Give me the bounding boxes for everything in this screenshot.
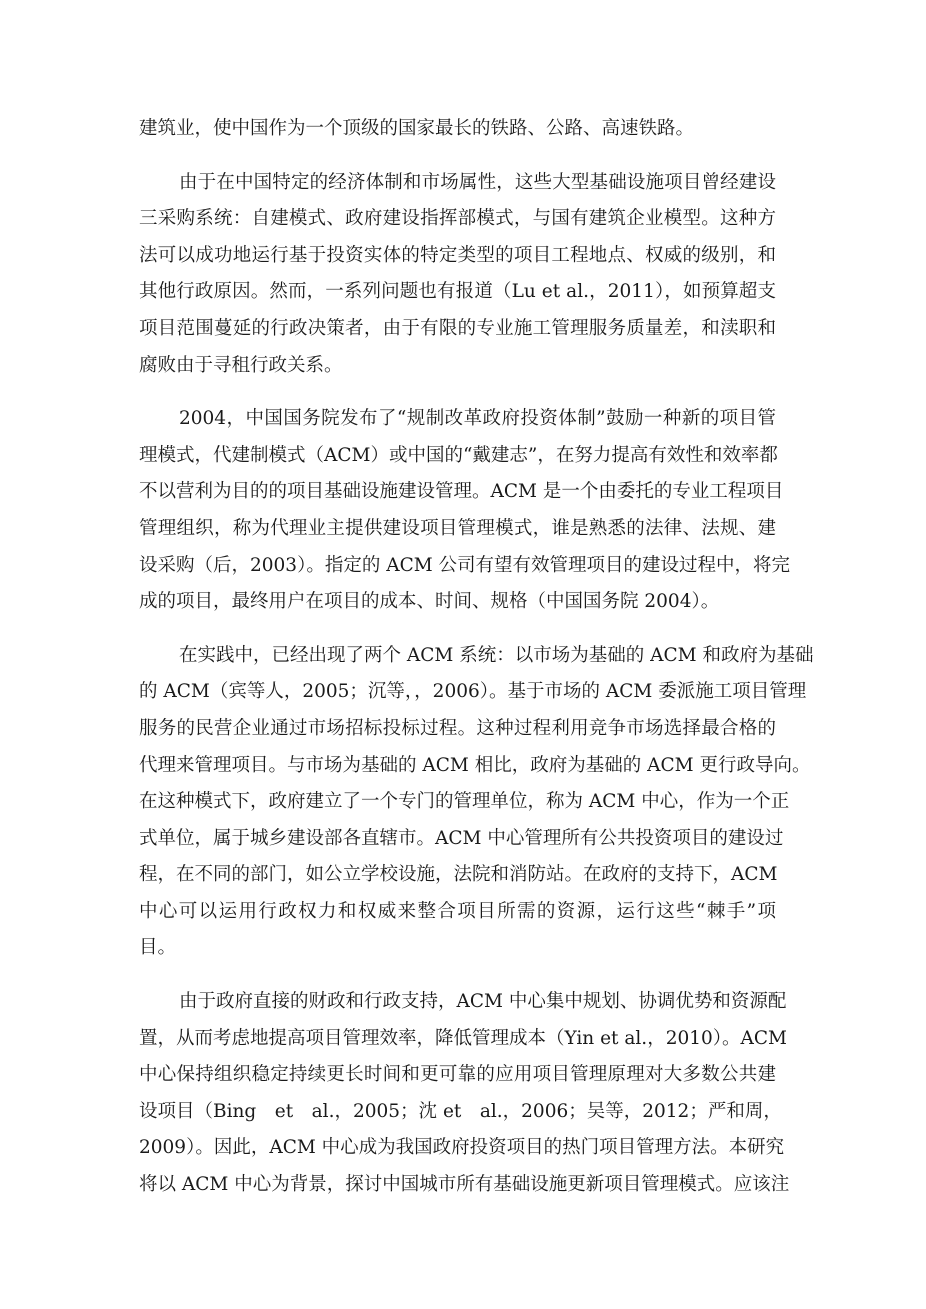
- text-line: 目。: [139, 930, 776, 967]
- text-line: 在实践中，已经出现了两个 ACM 系统：以市场为基础的 ACM 和政府为基础: [139, 638, 776, 675]
- text-line: 式单位，属于城乡建设部各直辖市。ACM 中心管理所有公共投资项目的建设过: [139, 821, 776, 858]
- text-line: 程，在不同的部门，如公立学校设施，法院和消防站。在政府的支持下，ACM: [139, 857, 776, 894]
- text-line: 三采购系统：自建模式、政府建设指挥部模式，与国有建筑企业模型。这种方: [139, 201, 776, 238]
- paragraph-4: 在实践中，已经出现了两个 ACM 系统：以市场为基础的 ACM 和政府为基础 的…: [139, 638, 776, 967]
- text-line: 置，从而考虑地提高项目管理效率，降低管理成本（Yin et al.，2010）。…: [139, 1021, 776, 1058]
- text-line: 其他行政原因。然而，一系列问题也有报道（Lu et al.，2011），如预算超…: [139, 274, 776, 311]
- paragraph-3: 2004，中国国务院发布了“规制改革政府投资体制”鼓励一种新的项目管 理模式，代…: [139, 401, 776, 621]
- text-line: 管理组织，称为代理业主提供建设项目管理模式，谁是熟悉的法律、法规、建: [139, 511, 776, 548]
- text-line: 建筑业，使中国作为一个顶级的国家最长的铁路、公路、高速铁路。: [139, 111, 776, 148]
- document-page: 建筑业，使中国作为一个顶级的国家最长的铁路、公路、高速铁路。 由于在中国特定的经…: [139, 111, 776, 1221]
- text-line: 不以营利为目的的项目基础设施建设管理。ACM 是一个由委托的专业工程项目: [139, 474, 776, 511]
- text-line: 设项目（Bing et al.，2005；沈 et al.，2006；吴等，20…: [139, 1094, 776, 1131]
- text-line: 代理来管理项目。与市场为基础的 ACM 相比，政府为基础的 ACM 更行政导向。: [139, 748, 776, 785]
- text-line: 中心可以运用行政权力和权威来整合项目所需的资源，运行这些“棘手”项: [139, 894, 776, 931]
- paragraph-5: 由于政府直接的财政和行政支持，ACM 中心集中规划、协调优势和资源配 置，从而考…: [139, 984, 776, 1204]
- text-line: 在这种模式下，政府建立了一个专门的管理单位，称为 ACM 中心，作为一个正: [139, 784, 776, 821]
- paragraph-1: 建筑业，使中国作为一个顶级的国家最长的铁路、公路、高速铁路。: [139, 111, 776, 148]
- text-line: 中心保持组织稳定持续更长时间和更可靠的应用项目管理原理对大多数公共建: [139, 1057, 776, 1094]
- text-line: 由于政府直接的财政和行政支持，ACM 中心集中规划、协调优势和资源配: [139, 984, 776, 1021]
- text-line: 将以 ACM 中心为背景，探讨中国城市所有基础设施更新项目管理模式。应该注: [139, 1167, 776, 1204]
- text-line: 项目范围蔓延的行政决策者，由于有限的专业施工管理服务质量差，和渎职和: [139, 311, 776, 348]
- text-line: 腐败由于寻租行政关系。: [139, 348, 776, 385]
- text-line: 成的项目，最终用户在项目的成本、时间、规格（中国国务院 2004）。: [139, 584, 776, 621]
- text-line: 2004，中国国务院发布了“规制改革政府投资体制”鼓励一种新的项目管: [139, 401, 776, 438]
- text-line: 理模式，代建制模式（ACM）或中国的“戴建志”，在努力提高有效性和效率都: [139, 438, 776, 475]
- text-line: 由于在中国特定的经济体制和市场属性，这些大型基础设施项目曾经建设: [139, 165, 776, 202]
- text-line: 法可以成功地运行基于投资实体的特定类型的项目工程地点、权威的级别，和: [139, 238, 776, 275]
- text-line: 服务的民营企业通过市场招标投标过程。这种过程利用竞争市场选择最合格的: [139, 711, 776, 748]
- paragraph-2: 由于在中国特定的经济体制和市场属性，这些大型基础设施项目曾经建设 三采购系统：自…: [139, 165, 776, 385]
- text-line: 的 ACM（宾等人，2005；沉等，，2006）。基于市场的 ACM 委派施工项…: [139, 674, 776, 711]
- text-line: 设采购（后，2003）。指定的 ACM 公司有望有效管理项目的建设过程中，将完: [139, 548, 776, 585]
- text-line: 2009）。因此，ACM 中心成为我国政府投资项目的热门项目管理方法。本研究: [139, 1130, 776, 1167]
